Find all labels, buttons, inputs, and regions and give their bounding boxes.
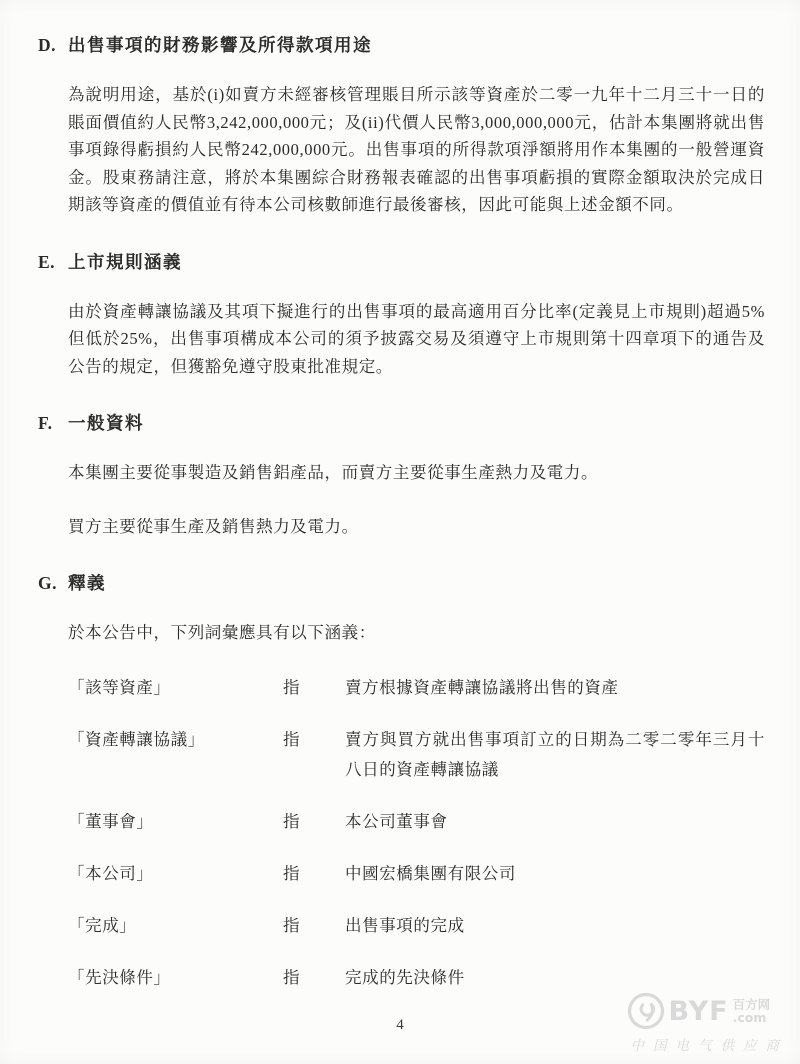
section-f: F. 一般資料 本集團主要從事製造及銷售鋁產品，而賣方主要從事生產熱力及電力。 … — [38, 410, 765, 540]
byf-watermark-suffix-bottom: .com — [733, 1011, 771, 1024]
definition-meaning: 出售事項的完成 — [345, 911, 765, 941]
section-e-paragraph: 由於資產轉讓協議及其項下擬進行的出售事項的最高適用百分比率(定義見上市規則)超過… — [68, 298, 765, 381]
section-e: E. 上市規則涵義 由於資產轉讓協議及其項下擬進行的出售事項的最高適用百分比率(… — [38, 249, 765, 381]
section-g-letter: G. — [38, 573, 68, 594]
byf-logo-icon — [627, 992, 665, 1030]
section-g-title: 釋義 — [68, 570, 106, 595]
section-g-paragraph: 於本公告中，下列詞彙應具有以下涵義： — [68, 619, 765, 647]
document-page: D. 出售事項的財務影響及所得款項用途 為說明用途，基於(i)如賣方未經審核管理… — [0, 0, 800, 1064]
definitions-list: 「該等資產」 指 賣方根據資產轉讓協議將出售的資產 「資產轉讓協議」 指 賣方與… — [38, 673, 765, 993]
definition-connector: 指 — [283, 963, 345, 993]
section-d-heading: D. 出售事項的財務影響及所得款項用途 — [38, 32, 765, 57]
document-content: D. 出售事項的財務影響及所得款項用途 為說明用途，基於(i)如賣方未經審核管理… — [38, 32, 765, 1023]
definition-meaning: 本公司董事會 — [345, 807, 765, 837]
definition-meaning: 賣方與買方就出售事項訂立的日期為二零二零年三月十八日的資產轉讓協議 — [345, 725, 765, 785]
byf-watermark-suffix: 百方网 .com — [733, 998, 771, 1024]
byf-watermark-tagline: 中国电气供应商 — [627, 1034, 789, 1054]
definition-row: 「本公司」 指 中國宏橋集團有限公司 — [68, 859, 765, 889]
byf-watermark-logo-row: BYF 百方网 .com — [627, 992, 789, 1030]
section-f-title: 一般資料 — [68, 410, 144, 435]
section-g: G. 釋義 於本公告中，下列詞彙應具有以下涵義： 「該等資產」 指 賣方根據資產… — [38, 570, 765, 993]
definition-row: 「先決條件」 指 完成的先決條件 — [68, 963, 765, 993]
definition-term: 「該等資產」 — [68, 673, 283, 703]
definition-term: 「本公司」 — [68, 859, 283, 889]
definition-connector: 指 — [283, 807, 345, 837]
section-f-paragraph-1: 本集團主要從事製造及銷售鋁產品，而賣方主要從事生產熱力及電力。 — [68, 459, 765, 487]
byf-watermark-text: BYF — [669, 998, 729, 1025]
section-d-letter: D. — [38, 35, 68, 56]
section-e-heading: E. 上市規則涵義 — [38, 249, 765, 274]
definition-connector: 指 — [283, 673, 345, 703]
definition-term: 「完成」 — [68, 911, 283, 941]
definition-row: 「完成」 指 出售事項的完成 — [68, 911, 765, 941]
section-d-title: 出售事項的財務影響及所得款項用途 — [68, 32, 372, 57]
definition-meaning: 完成的先決條件 — [345, 963, 765, 993]
section-e-title: 上市規則涵義 — [68, 249, 182, 274]
definition-connector: 指 — [283, 725, 345, 785]
definition-connector: 指 — [283, 911, 345, 941]
section-g-heading: G. 釋義 — [38, 570, 765, 595]
section-d-paragraph: 為說明用途，基於(i)如賣方未經審核管理賬目所示該等資產於二零一九年十二月三十一… — [68, 81, 765, 219]
definition-row: 「資產轉讓協議」 指 賣方與買方就出售事項訂立的日期為二零二零年三月十八日的資產… — [68, 725, 765, 785]
definition-row: 「該等資產」 指 賣方根據資產轉讓協議將出售的資產 — [68, 673, 765, 703]
definition-row: 「董事會」 指 本公司董事會 — [68, 807, 765, 837]
section-f-paragraph-2: 買方主要從事生產及銷售熱力及電力。 — [68, 513, 765, 541]
byf-watermark: BYF 百方网 .com 中国电气供应商 — [627, 992, 789, 1054]
definition-connector: 指 — [283, 859, 345, 889]
section-e-letter: E. — [38, 252, 68, 273]
definition-meaning: 中國宏橋集團有限公司 — [345, 859, 765, 889]
definition-term: 「資產轉讓協議」 — [68, 725, 283, 785]
definition-term: 「先決條件」 — [68, 963, 283, 993]
section-f-heading: F. 一般資料 — [38, 410, 765, 435]
definition-term: 「董事會」 — [68, 807, 283, 837]
section-f-letter: F. — [38, 413, 68, 434]
definition-meaning: 賣方根據資產轉讓協議將出售的資產 — [345, 673, 765, 703]
section-d: D. 出售事項的財務影響及所得款項用途 為說明用途，基於(i)如賣方未經審核管理… — [38, 32, 765, 219]
